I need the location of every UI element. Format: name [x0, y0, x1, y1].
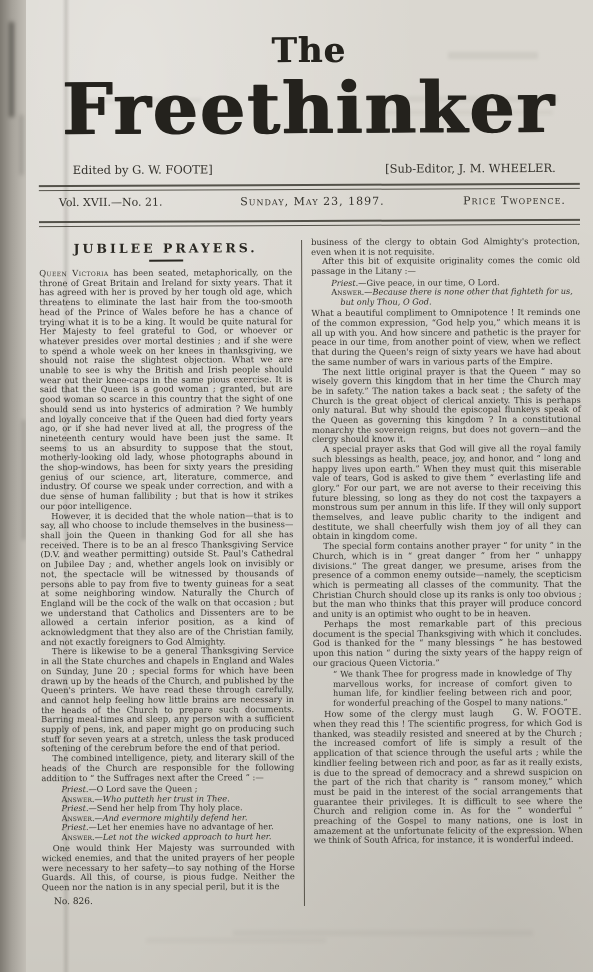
- showthrough-smudge: [233, 930, 533, 936]
- newspaper-page: The Freethinker Edited by G. W. FOOTE] […: [26, 0, 593, 972]
- paragraph: A special prayer asks that God will give…: [312, 444, 581, 542]
- editor-line: Edited by G. W. FOOTE] [Sub-Editor, J. M…: [73, 161, 556, 177]
- paragraph: Queen Victoria has been seated, metaphor…: [39, 268, 293, 512]
- showthrough-smudge: [146, 938, 326, 943]
- article-title-rule: [149, 260, 183, 262]
- article-columns: JUBILEE PRAYERS. Queen Victoria has been…: [39, 237, 583, 907]
- issue-line: Vol. XVII.—No. 21. Sunday, May 23, 1897.…: [39, 189, 580, 213]
- masthead-title: Freethinker: [38, 63, 579, 153]
- paragraph: business of the clergy to obtain God Alm…: [311, 237, 580, 258]
- paragraph: The next little original prayer is that …: [312, 366, 581, 445]
- paragraph: G. W. FOOTE.How some of the clergy must …: [313, 709, 583, 846]
- litany-text: —Because there is none other that fighte…: [340, 286, 573, 307]
- litany-speaker: Answer.: [62, 832, 95, 842]
- litany-block: Priest.—Give peace, in our time, O Lord.…: [331, 278, 576, 308]
- thanksgiving-quote: “ We thank Thee for progress made in kno…: [333, 669, 572, 708]
- litany-text: —Let not the wicked approach to hurt her…: [95, 831, 272, 842]
- paragraph: What a beautiful compliment to Omnipoten…: [311, 308, 580, 367]
- printed-content: The Freethinker Edited by G. W. FOOTE] […: [38, 0, 583, 907]
- paragraph: Perhaps the most remarkable part of this…: [313, 619, 582, 669]
- paragraph: There is likewise to be a general Thanks…: [41, 646, 294, 754]
- masthead-the: The: [38, 0, 579, 71]
- editor-right-label: [Sub-Editor, J. M. WHEELER.: [385, 161, 556, 176]
- paragraph: One would think Her Majesty was surround…: [42, 843, 295, 893]
- left-column: JUBILEE PRAYERS. Queen Victoria has been…: [39, 238, 304, 907]
- paragraph: After this bit of exquisite originality …: [311, 256, 580, 277]
- editor-left-label: Edited by G. W. FOOTE]: [73, 162, 213, 177]
- litany-line: Answer.—Let not the wicked approach to h…: [62, 832, 291, 842]
- litany-line: Answer.—Because there is none other that…: [331, 287, 576, 307]
- issue-number-footer: No. 826.: [42, 896, 295, 907]
- issue-price: Price Twopence.: [407, 194, 565, 208]
- volume-number: Vol. XVII.—No. 21.: [59, 195, 217, 209]
- litany-block: Priest.—O Lord save the Queen ; Answer.—…: [61, 784, 290, 842]
- header-rule-bottom: [39, 219, 580, 227]
- article-title: JUBILEE PRAYERS.: [39, 240, 292, 256]
- paragraph: The combined intelligence, piety, and li…: [41, 753, 294, 783]
- right-column: business of the clergy to obtain God Alm…: [302, 237, 583, 906]
- paragraph: However, it is decided that the whole na…: [40, 511, 294, 648]
- binding-shadow-mark: [20, 115, 23, 175]
- paragraph: The special form contains another prayer…: [312, 541, 581, 620]
- paragraph-text: has been seated, metaphorically, on the …: [39, 267, 293, 511]
- issue-date: Sunday, May 23, 1897.: [217, 195, 407, 209]
- paragraph-text: How some of the clergy must laugh when t…: [313, 709, 583, 846]
- binding-shadow-mark: [9, 22, 14, 117]
